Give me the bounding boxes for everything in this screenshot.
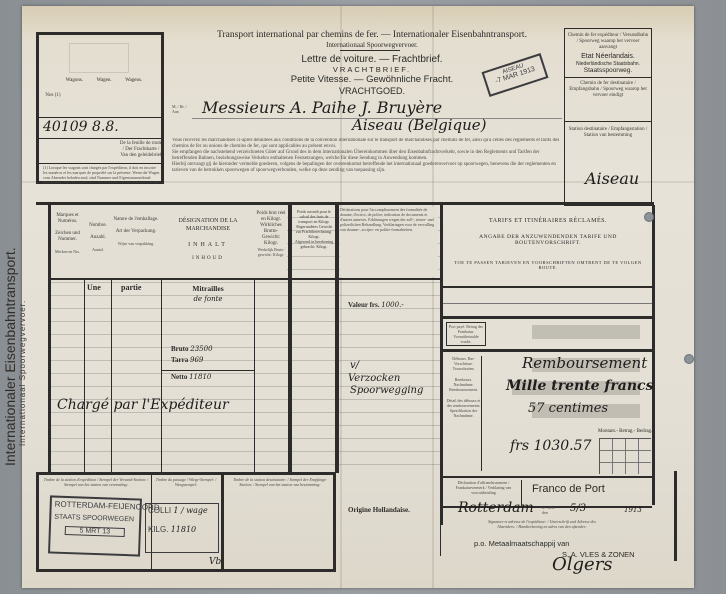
- station-header: Station destinataire / Empfangsstation /…: [567, 127, 649, 139]
- destination-railway-header: Chemin de fer destinataire / Empfangsbah…: [567, 81, 649, 99]
- header-weight-real-nl: Werkelijk Bruto-gewicht: Kilogr.: [255, 247, 287, 257]
- header-number-nl: Aantal.: [85, 247, 111, 252]
- value-amount: 1000.-: [381, 301, 403, 309]
- divider: [443, 476, 652, 478]
- divider: [39, 117, 161, 118]
- wagon-number-handwritten: 40109 8.8.: [43, 119, 119, 135]
- goods-packing: partie: [121, 283, 141, 292]
- divider: [338, 278, 440, 280]
- netto-label: Netto: [171, 373, 187, 381]
- side-margin-title: Internationaler Eisenbahntransport.: [2, 247, 18, 466]
- origin-date: 5/3: [570, 503, 586, 514]
- remboursement-line2: Mille trente francs: [506, 378, 653, 394]
- expedition-stamp-header: Timbre de la station d'expédition / Stem…: [43, 477, 149, 487]
- netto-row: Netto 11810: [171, 373, 211, 381]
- sender-line1: p.o. Metaalmaatschappij van: [474, 539, 569, 548]
- header-marks: Marques et Numéros. Zeichen und Nummer. …: [52, 213, 83, 254]
- colli-value: 1 / wage: [173, 506, 207, 515]
- declarations-column: Déclarations pour l'accomplissement des …: [338, 205, 440, 473]
- passage-stamp-header: Timbre du passage / Wiege-Stempel: / Wee…: [153, 477, 219, 487]
- header-weight-rounded: Poids arrondi pour le calcul des frais d…: [293, 209, 335, 249]
- divider: [39, 138, 161, 139]
- remboursement-amount: frs 1030.57: [510, 438, 591, 454]
- header-weight-real: Poids brut réel en Kilogr. Wirkliches Br…: [255, 211, 287, 257]
- railway-info-box: Chemin de fer expéditeur / Versandbahn /…: [564, 28, 652, 206]
- le-label: le / den / den: [542, 505, 556, 515]
- goods-designation: Mitrailles: [162, 284, 254, 293]
- port-paye-field: [532, 325, 640, 339]
- header-designation-de: INHALT: [162, 241, 254, 249]
- divider: [221, 475, 224, 569]
- remboursement-labels: Débours. Bar-Vorschüsse. Voorschotten. R…: [446, 356, 482, 471]
- origin-label: Origine Hollandaise.: [348, 506, 410, 514]
- goods-number: Une: [87, 283, 101, 292]
- header-packing-fr: Nature de l'emballage.: [112, 217, 160, 223]
- addressee-name: Messieurs A. Paihe J. Bruyère: [202, 98, 442, 117]
- wagon-nos-label: Nos (1): [41, 93, 65, 99]
- bruto-label: Bruto: [171, 345, 189, 353]
- divider: [443, 303, 652, 304]
- document-title: Lettre de voiture. — Frachtbrief.: [187, 54, 557, 65]
- kilg-label: KILG.: [148, 525, 168, 534]
- freight-document: Internationaler Eisenbahntransport. Inte…: [22, 6, 694, 588]
- header-packing-nl: Wijze van verpakking.: [112, 241, 160, 246]
- passage-stamp: COLLI 1 / wage KILG. 11810: [145, 503, 219, 553]
- conditions-nl: Hierbij ontvangt gij de hieronder vermel…: [172, 162, 562, 174]
- signature-label: Signature et adresse de l'expéditeur: / …: [482, 519, 602, 529]
- value-row: Valeur frs. 1000.-: [348, 301, 404, 309]
- divider: [443, 316, 652, 319]
- conditions-de: Sie empfangen die nachstehend verzeichne…: [172, 150, 562, 162]
- declarations-header: Déclarations pour l'accomplissement des …: [340, 207, 438, 277]
- note-verzocken: Verzocken: [348, 373, 400, 384]
- divider: [652, 205, 655, 505]
- header-weight-rounded-de: Abgerundetes Gewicht zur Frachtberechnun…: [293, 224, 335, 239]
- expedition-railway-header: Chemin de fer expéditeur / Versandbahn /…: [567, 33, 649, 51]
- rembours-label: Rembours. Nachnahme. Rembourssement.: [446, 377, 481, 392]
- divider: [565, 121, 651, 122]
- header-packing-de: Art der Verpackung.: [112, 229, 160, 235]
- detail-label: Détail des débours et des remboursements…: [446, 398, 481, 418]
- header-marks-nl: Merken en Nrs.: [52, 249, 83, 254]
- punch-hole: [684, 354, 694, 364]
- expedition-railway-value-fr: Etat Néerlandais.: [567, 53, 649, 60]
- bruto-value: 23500: [190, 345, 212, 353]
- colli-label: COLLI: [148, 506, 171, 515]
- expedition-stamp-station: ROTTERDAM-FEIJENOORD: [55, 500, 137, 512]
- franco-value: Franco de Port: [532, 483, 605, 495]
- divider: [443, 349, 652, 352]
- loaded-by-note: Chargé par l'Expéditeur: [57, 397, 229, 413]
- expedition-stamp-date: 5 MRT 13: [65, 526, 125, 537]
- divider: [39, 163, 161, 164]
- expedition-stamp-railway: STAATS SPOORWEGEN: [54, 514, 136, 524]
- side-margin-subtitle: Internationaal Spoorwegvervoer.: [18, 300, 27, 446]
- amount-grid: [599, 438, 651, 474]
- montant-label: Montant.- Betrag.- Bedrag.: [598, 429, 652, 434]
- sender-signature: Olgers: [552, 554, 613, 575]
- wagon-header-nl: Wagens.: [125, 78, 142, 83]
- destination-stamp-header: Timbre de la station destinataire: / Ste…: [227, 477, 333, 487]
- netto-value: 11810: [189, 373, 211, 381]
- tarra-value: 969: [190, 356, 203, 364]
- faded-stamp: [69, 43, 129, 73]
- conditions-text: Vous recevrez les marchandises ci-après …: [172, 138, 562, 196]
- wagon-headers: Wagons. Wagen. Wagens.: [59, 78, 149, 83]
- value-label: Valeur frs.: [348, 301, 380, 309]
- tariffs-de: ANGABE DER ANZUWENDENDEN TARIFE UND ROUT…: [446, 234, 650, 246]
- weight-box: Bruto 23500 Tarra 969: [162, 345, 254, 371]
- wagon-note: (1) Lorsque les wagons sont chargés par …: [43, 165, 161, 183]
- passage-initials: Vb: [209, 557, 221, 567]
- goods-designation-2: de fonte: [162, 295, 254, 303]
- port-paye-label: Port payé. Betrag der Frankatur. Vooruit…: [446, 322, 486, 346]
- origin-place: Rotterdam: [458, 500, 534, 516]
- divider: [674, 471, 677, 561]
- divider: [340, 50, 400, 51]
- header-line1: Transport international par chemins de f…: [187, 30, 557, 40]
- conditions-fr: Vous recevrez les marchandises ci-après …: [172, 138, 562, 150]
- header-weight-real-fr: Poids brut réel en Kilogr.: [255, 211, 287, 223]
- remboursement-line3: 57 centimes: [528, 401, 608, 416]
- header-line2: Internationaal Spoorwegvervoer.: [187, 41, 557, 49]
- wagon-header-fr: Wagons.: [66, 78, 83, 83]
- header-marks-fr: Marques et Numéros.: [52, 213, 83, 225]
- feuille-label: De la feuille de route / Der Frachtkarte…: [119, 141, 163, 159]
- kilg-value: 11810: [171, 525, 196, 534]
- divider: [288, 205, 292, 473]
- divider: [443, 286, 652, 288]
- expedition-railway-value-nl: Staatsspoorweg.: [567, 67, 649, 74]
- goods-table: Marques et Numéros. Zeichen und Nummer. …: [48, 205, 338, 473]
- tariffs-nl: TOE TE PASSEN TARIEVEN EN VOORSCHRIFTEN …: [446, 260, 650, 270]
- expedition-stamp: ROTTERDAM-FEIJENOORD STAATS SPOORWEGEN 5…: [48, 495, 142, 556]
- wagon-box: Wagons. Wagen. Wagens. Nos (1) 40109 8.8…: [36, 32, 164, 184]
- tariffs-fr: TARIFS ET ITINÉRAIRES RÉCLAMÉS.: [446, 218, 650, 224]
- note-spoorweg: Spoorwegging: [350, 385, 423, 396]
- note-v: v/: [350, 360, 359, 371]
- tarra-label: Tarra: [171, 356, 188, 364]
- addressee-city: Aiseau (Belgique): [352, 116, 487, 134]
- header-number-fr: Nombre.: [85, 223, 111, 229]
- divider: [51, 278, 339, 280]
- punch-hole: [644, 212, 654, 222]
- addressee-prefix: M. / Hr. / Aan: [172, 104, 192, 114]
- header-marks-de: Zeichen und Nummer.: [52, 231, 83, 243]
- header-designation-nl: INHOUD: [162, 255, 254, 263]
- header-weight-rounded-nl: Afgerond in berekening gebracht: Kilogr.: [293, 239, 335, 249]
- header-number: Nombre. Anzahl. Aantal.: [85, 223, 111, 252]
- header-packing: Nature de l'emballage. Art der Verpackun…: [112, 217, 160, 246]
- wagon-header-de: Wagen.: [97, 78, 112, 83]
- header-number-de: Anzahl.: [85, 235, 111, 241]
- divider: [440, 508, 441, 556]
- origin-year: 1913: [624, 506, 642, 514]
- header-designation: DÉSIGNATION DE LA MARCHANDISE INHALT INH…: [162, 217, 254, 263]
- header-designation-fr: DÉSIGNATION DE LA MARCHANDISE: [162, 217, 254, 233]
- station-value: Aiseau: [585, 169, 639, 188]
- stamps-area: Timbre de la station d'expédition / Stem…: [36, 472, 336, 572]
- debours-label: Débours. Bar-Vorschüsse. Voorschotten.: [446, 356, 481, 371]
- header-weight-real-de: Wirkliches Brutto-Gewicht: Kilogr.: [255, 223, 287, 247]
- header-weight-rounded-fr: Poids arrondi pour le calcul des frais d…: [293, 209, 335, 224]
- divider: [565, 77, 651, 78]
- remboursement-line1: Remboursement: [522, 354, 647, 372]
